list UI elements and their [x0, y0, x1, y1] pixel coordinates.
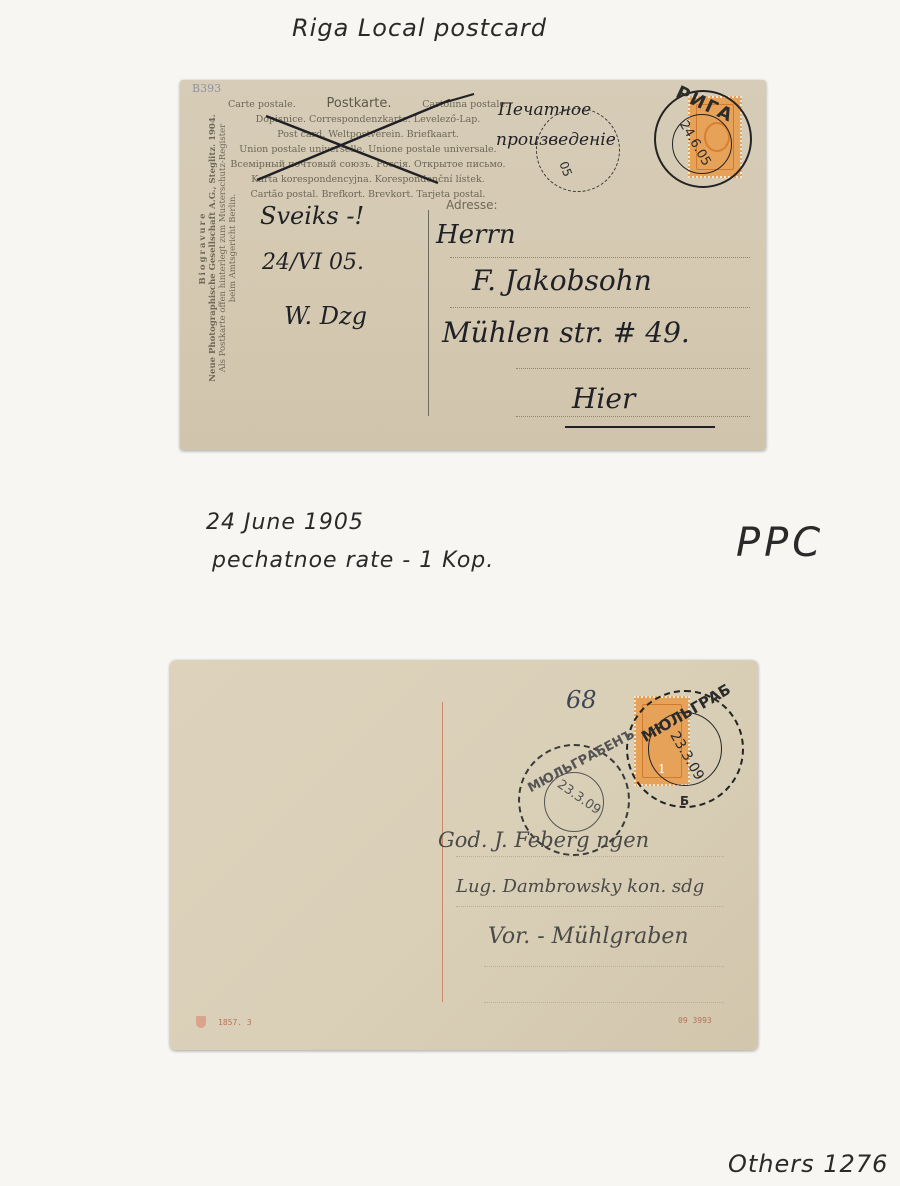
publisher-logo-icon [196, 1016, 206, 1028]
message-signature: W. Dzg [284, 302, 367, 330]
printer-code-right: 09 3993 [678, 1016, 712, 1025]
mühlgraben-postcard: 68 1 МЮЛЬГРАБ 23.3.09 Б МЮЛЬГРАБЕНЪ 23.3… [170, 660, 758, 1050]
page-title-note: Riga Local postcard [292, 14, 547, 42]
message-date: 24/VI 05. [262, 250, 364, 275]
card-divider-line [428, 210, 429, 416]
rate-note: pechatnoe rate - 1 Kop. [212, 548, 494, 573]
secondary-postmark [536, 108, 620, 192]
address-line-1: God. J. Feberg ngen [438, 828, 649, 852]
card-divider-line [442, 702, 443, 1002]
date-note: 24 June 1905 [206, 510, 364, 535]
address-line-1: Herrn [436, 220, 516, 250]
ppc-note: PPC [736, 520, 824, 566]
riga-local-postcard: B393 Biogravure Neue Photographische Ges… [180, 80, 766, 450]
address-line-3: Vor. - Mühlgraben [488, 924, 689, 949]
address-label: Adresse: [446, 198, 498, 212]
message-line-1: Sveiks -! [260, 202, 364, 230]
collection-page-number: Others 1276 [728, 1150, 888, 1178]
address-line-2: F. Jakobsohn [472, 264, 652, 297]
address-line-4: Hier [572, 382, 635, 415]
pencil-mark: 68 [566, 686, 597, 714]
address-line-3: Mühlen str. # 49. [442, 316, 690, 349]
printer-code-left: 1857. 3 [218, 1018, 252, 1027]
address-line-2: Lug. Dambrowsky kon. sdg [456, 876, 704, 897]
